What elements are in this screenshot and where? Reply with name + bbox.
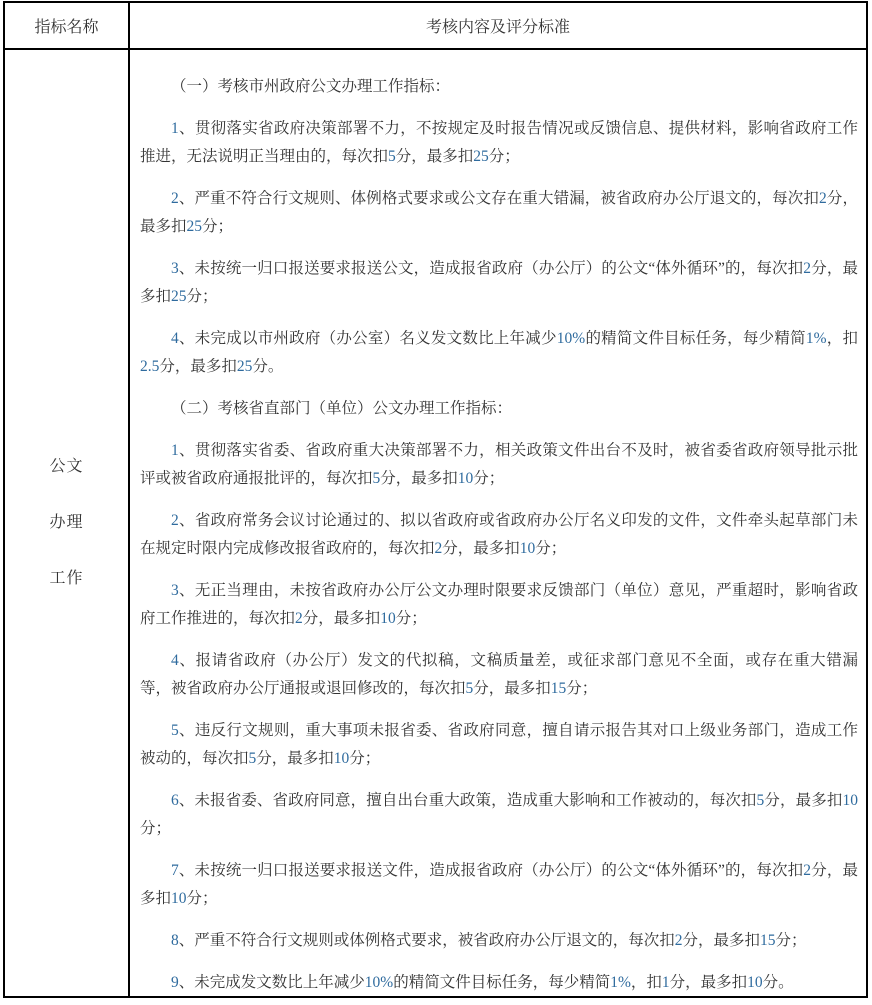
criteria-paragraph: 8、严重不符合行文规则或体例格式要求，被省政府办公厅退文的，每次扣2分，最多扣1… [140,927,858,955]
indicator-name-line: 公文 [49,459,83,475]
header-label-indicator-name: 指标名称 [34,14,98,37]
header-cell-indicator-name: 指标名称 [5,3,130,50]
criteria-paragraph: 7、未按统一归口报送要求报送文件，造成报省政府（办公厅）的公文“体外循环”的，每… [140,857,858,913]
criteria-paragraph: 4、未完成以市州政府（办公室）名义发文数比上年减少10%的精简文件目标任务，每少… [140,325,858,381]
criteria-paragraph: 1、贯彻落实省政府决策部署不力，不按规定及时报告情况或反馈信息、提供材料，影响省… [140,115,858,171]
criteria-paragraph: 9、未完成发文数比上年减少10%的精简文件目标任务，每少精简1%，扣1分，最多扣… [140,969,858,996]
header-cell-criteria: 考核内容及评分标准 [130,3,866,50]
criteria-paragraph: 2、严重不符合行文规则、体例格式要求或公文存在重大错漏，被省政府办公厅退文的，每… [140,185,858,241]
criteria-paragraph: 2、省政府常务会议讨论通过的、拟以省政府或省政府办公厅名义印发的文件，文件牵头起… [140,507,858,563]
criteria-paragraph: 4、报请省政府（办公厅）发文的代拟稿，文稿质量差，或征求部门意见不全面，或存在重… [140,647,858,703]
indicator-name-line: 工作 [49,571,83,587]
indicator-name-cell: 公文办理工作 [5,50,130,996]
criteria-cell: （一）考核市州政府公文办理工作指标：1、贯彻落实省政府决策部署不力，不按规定及时… [130,50,866,996]
indicator-name-line: 办理 [49,515,83,531]
criteria-paragraph: 5、违反行文规则，重大事项未报省委、省政府同意，擅自请示报告其对口上级业务部门，… [140,717,858,773]
criteria-paragraph: 3、无正当理由，未按省政府办公厅公文办理时限要求反馈部门（单位）意见，严重超时，… [140,577,858,633]
header-label-criteria: 考核内容及评分标准 [426,14,570,37]
criteria-paragraph: （二）考核省直部门（单位）公文办理工作指标： [140,395,858,423]
criteria-paragraph: 1、贯彻落实省委、省政府重大决策部署不力，相关政策文件出台不及时，被省委省政府领… [140,437,858,493]
criteria-paragraph: 6、未报省委、省政府同意，擅自出台重大政策，造成重大影响和工作被动的，每次扣5分… [140,787,858,843]
criteria-paragraph: 3、未按统一归口报送要求报送公文，造成报省政府（办公厅）的公文“体外循环”的，每… [140,255,858,311]
assessment-table: 指标名称 考核内容及评分标准 公文办理工作 （一）考核市州政府公文办理工作指标：… [3,1,868,998]
criteria-paragraph: （一）考核市州政府公文办理工作指标： [140,73,858,101]
